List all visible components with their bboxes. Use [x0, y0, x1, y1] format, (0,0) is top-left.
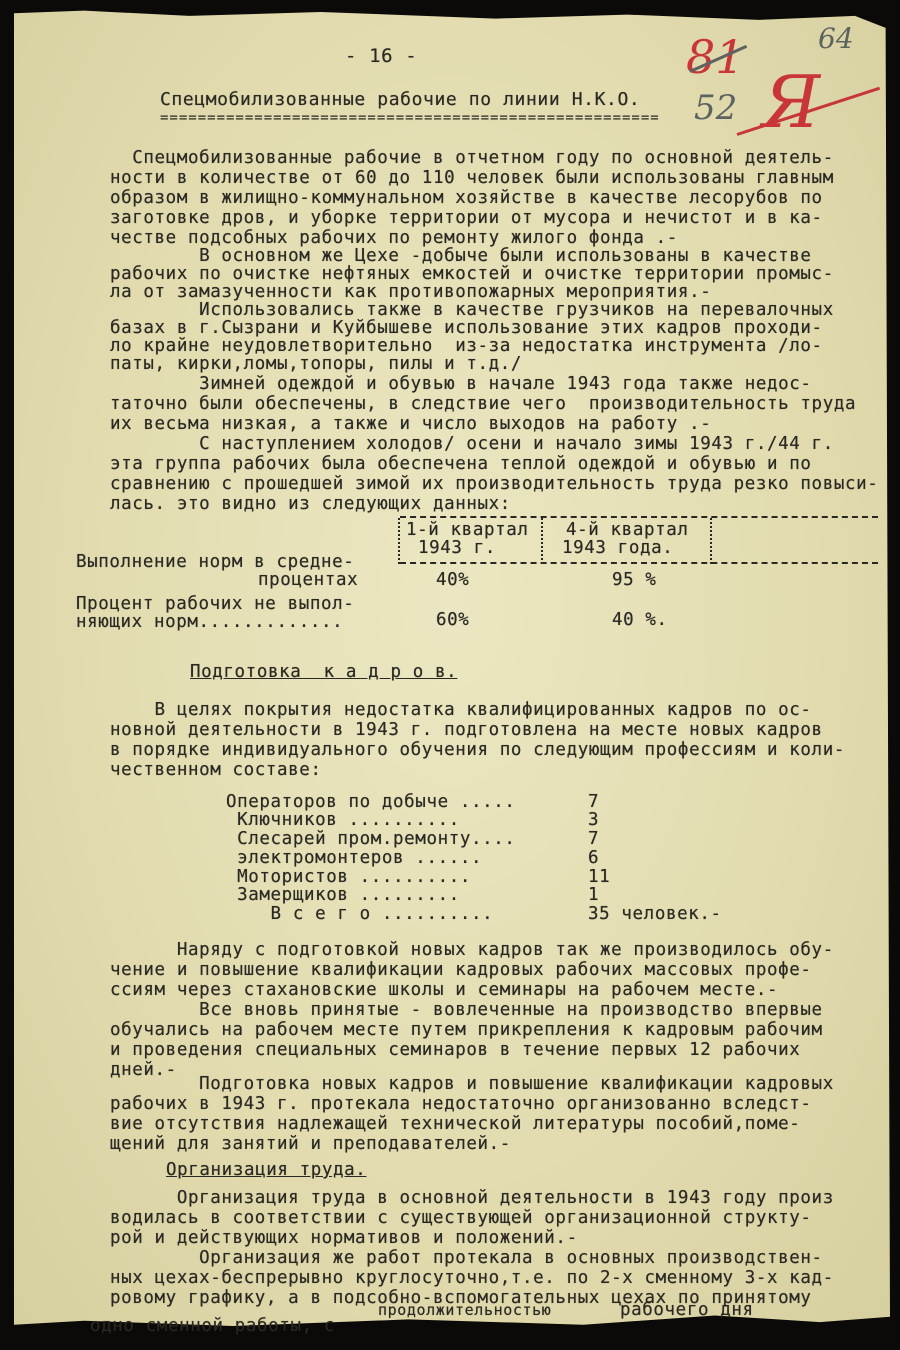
text-line: таточно были обеспечены, в следствие чег…	[110, 394, 856, 414]
text-line: ности в количестве от 60 до 110 человек …	[110, 168, 834, 188]
text-line: Подготовка новых кадров и повышение квал…	[110, 1074, 834, 1094]
text-line: чение и повышение квалификации кадровых …	[110, 960, 812, 980]
text-line: Все вновь принятые - вовлеченные на прои…	[110, 1000, 823, 1020]
profession-name: Замерщиков .........	[226, 885, 460, 905]
text-line: паты, кирки,ломы,топоры, пилы и т.д./	[110, 354, 522, 374]
text-line: Организация труда в основной деятельност…	[110, 1188, 834, 1208]
text-line: чественном составе:	[110, 760, 322, 780]
handwritten-gray-number: 52	[694, 88, 737, 128]
profession-count: 1	[588, 885, 599, 905]
text-line: ссиям через стахановские школы и семинар…	[110, 980, 778, 1000]
text-line: и проведения специальных семинаров в теч…	[110, 1040, 800, 1060]
profession-count: 7	[588, 792, 599, 812]
profession-name: Операторов по добыче .....	[226, 792, 516, 812]
table-header-q1-year: 1943 г.	[418, 538, 496, 558]
table-header-q4: 4-й квартал	[566, 520, 689, 540]
text-line: образом в жилищно-коммунальном хозяйстве…	[110, 188, 823, 208]
profession-count: 6	[588, 848, 599, 868]
handwritten-red-mark: Я	[762, 62, 820, 142]
text-line: рабочих в 1943 г. протекала недостаточно…	[110, 1094, 812, 1114]
handwritten-archive-number: 64	[818, 22, 854, 55]
text-line: С наступлением холодов/ осени и начало з…	[110, 434, 834, 454]
text-line: Организация же работ протекала в основны…	[110, 1248, 823, 1268]
row-label: Выполнение норм в средне-	[76, 552, 354, 572]
profession-count: 3	[588, 810, 599, 830]
table-header-border	[400, 562, 878, 564]
table-col-separator	[398, 518, 400, 564]
text-line: ла от замазученности как противопожарных…	[110, 282, 711, 302]
text-line: обучались на рабочем месте путем прикреп…	[110, 1020, 823, 1040]
section-heading: Подготовка к а д р о в.	[190, 662, 457, 682]
text-line: рабочих по очистке нефтяных емкостей и о…	[110, 264, 834, 284]
profession-name: Ключников ..........	[226, 810, 460, 830]
total-label: В с е г о ..........	[226, 904, 493, 924]
text-line: в порядке индивидуального обучения по сл…	[110, 740, 845, 760]
text-line: рой и действующих нормативов и положений…	[110, 1228, 578, 1248]
text-line: заготовке дров, и уборке территории от м…	[110, 208, 823, 228]
text-line: В целях покрытия недостатка квалифициров…	[110, 700, 812, 720]
profession-name: Слесарей пром.ремонту....	[226, 829, 516, 849]
profession-count: 7	[588, 829, 599, 849]
table-header-q1: 1-й квартал	[406, 520, 529, 540]
text-line: Зимней одеждой и обувью в начале 1943 го…	[110, 374, 812, 394]
text-line: эта группа рабочих была обеспечена тепло…	[110, 454, 812, 474]
text-fragment: продолжительностью	[378, 1300, 551, 1320]
row-label: Процент рабочих не выпол-	[76, 594, 354, 614]
cell-value: 95 %	[612, 570, 657, 590]
table-top-border	[400, 516, 878, 518]
row-label: процентах	[258, 570, 358, 590]
text-fragment: рабочего дня	[620, 1300, 754, 1320]
handwritten-red-number: 81	[686, 30, 745, 84]
document-title: Спецмобилизованные рабочие по линии Н.К.…	[160, 90, 640, 110]
section-heading: Организация труда.	[166, 1160, 366, 1180]
text-line: ных цехах-беспрерывно круглосуточно,т.е.…	[110, 1268, 834, 1288]
profession-name: электромонтеров ......	[226, 848, 482, 868]
table-col-separator	[710, 518, 712, 564]
text-line: вие отсутствия надлежащей технической ли…	[110, 1114, 800, 1134]
text-line: новной деятельности в 1943 г. подготовле…	[110, 720, 823, 740]
text-line: ло крайне неудовлетворительно из-за недо…	[110, 336, 823, 356]
text-line: Спецмобилизованные рабочие в отчетном го…	[110, 148, 834, 168]
cell-value: 60%	[436, 610, 469, 630]
text-line: Наряду с подготовкой новых кадров так же…	[110, 940, 834, 960]
total-count: 35 человек.-	[588, 904, 722, 924]
table-col-separator	[541, 518, 543, 564]
text-line: их весьма низкая, а также и число выходо…	[110, 414, 711, 434]
text-line: лась. это видно из следующих данных:	[110, 494, 511, 514]
profession-name: Мотористов ..........	[226, 867, 471, 887]
text-line: водилась в соответствии с существующей о…	[110, 1208, 812, 1228]
text-line: базах в г.Сызрани и Куйбышеве использова…	[110, 318, 823, 338]
profession-count: 11	[588, 867, 610, 887]
text-line: В основном же Цехе -добыче были использо…	[110, 246, 812, 266]
text-fragment: одно сменной работы, с	[90, 1316, 335, 1336]
title-underline: ========================================…	[160, 110, 660, 126]
text-line: честве подсобных рабочих по ремонту жило…	[110, 228, 678, 248]
table-header-q4-year: 1943 года.	[562, 538, 673, 558]
text-line: сравнению с прошедшей зимой их производи…	[110, 474, 878, 494]
cell-value: 40 %.	[612, 610, 668, 630]
cell-value: 40%	[436, 570, 469, 590]
page-number: - 16 -	[345, 46, 417, 66]
row-label: няющих норм.............	[76, 612, 343, 632]
text-line: Использовались также в качестве грузчико…	[110, 300, 834, 320]
text-line: щений для занятий и преподавателей.-	[110, 1134, 511, 1154]
